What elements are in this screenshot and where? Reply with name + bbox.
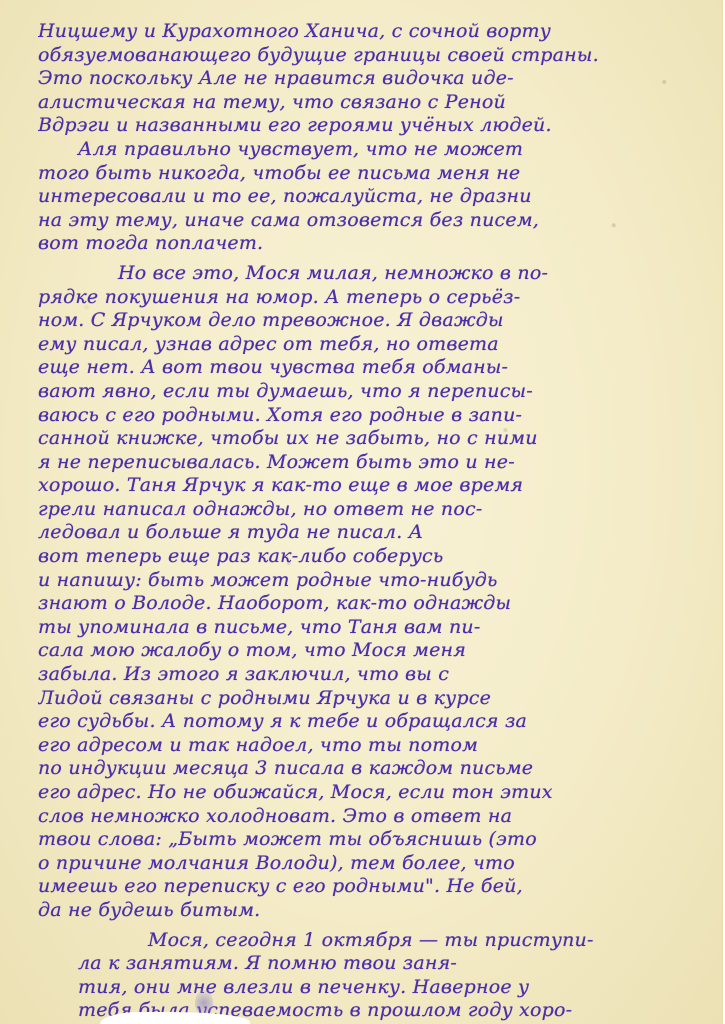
text-line: знают о Володе. Наоборот, как-то однажды — [38, 592, 688, 616]
text-line: его адрес. Но не обижайся, Мося, если то… — [38, 781, 688, 805]
text-line: Вдрэги и названными его героями учёных л… — [38, 114, 688, 138]
paragraph-start-line: Аля правильно чувствует, что не может — [38, 138, 688, 162]
text-line: забыла. Из этого я заключил, что вы с — [38, 663, 688, 687]
text-line: того быть никогда, чтобы ее письма меня … — [38, 162, 688, 186]
text-line: да не будешь битым. — [38, 899, 688, 923]
text-line: и напишу: быть может родные что-нибудь — [38, 569, 688, 593]
text-line: ему писал, узнав адрес от тебя, но ответ… — [38, 333, 688, 357]
text-line: на эту тему, иначе сама отзовется без пи… — [38, 209, 688, 233]
text-line: ном. С Ярчуком дело тревожное. Я дважды — [38, 309, 688, 333]
text-line: о причине молчания Володи), тем более, ч… — [38, 852, 688, 876]
text-line: вот тогда поплачет. — [38, 232, 688, 256]
text-line: вот теперь еще раз как-либо соберусь — [38, 545, 688, 569]
text-line: слов немножко холодноват. Это в ответ на — [38, 805, 688, 829]
text-line: хорошо. Таня Ярчук я как-то еще в мое вр… — [38, 474, 688, 498]
text-line: твои слова: „Быть может ты объяснишь (эт… — [38, 828, 688, 852]
text-line: интересовали и то ее, пожалуйста, не дра… — [38, 185, 688, 209]
text-line: Лидой связаны с родными Ярчука и в курсе — [38, 687, 688, 711]
paragraph-start-line: Но все это, Мося милая, немножко в по- — [38, 262, 688, 286]
text-line: тия, они мне влезли в печенку. Наверное … — [38, 976, 688, 1000]
text-line: обязуемованающего будущие границы своей … — [38, 44, 688, 68]
text-line: грели написал однажды, но ответ не пос- — [38, 498, 688, 522]
text-line: имеешь его переписку с его родными". Не … — [38, 875, 688, 899]
paragraph-start-line: Мося, сегодня 1 октября — ты приступи- — [38, 929, 688, 953]
text-line: рядке покушения на юмор. А теперь о серь… — [38, 286, 688, 310]
text-line: я не переписывалась. Может быть это и не… — [38, 451, 688, 475]
text-line: ла к занятиям. Я помню твои заня- — [38, 952, 688, 976]
text-line: санной книжке, чтобы их не забыть, но с … — [38, 427, 688, 451]
text-line: по индукции месяца 3 писала в каждом пис… — [38, 757, 688, 781]
text-line: Это поскольку Але не нравится видочка ид… — [38, 67, 688, 91]
text-line: ты упоминала в письме, что Таня вам пи- — [38, 616, 688, 640]
text-line: ваюсь с его родными. Хотя его родные в з… — [38, 404, 688, 428]
text-line: еще нет. А вот твои чувства тебя обманы- — [38, 356, 688, 380]
text-line: алистическая на тему, что связано с Рено… — [38, 91, 688, 115]
text-line: его судьбы. А потому я к тебе и обращалс… — [38, 710, 688, 734]
handwritten-text: Ницшему и Курахотного Ханича, с сочной в… — [38, 20, 688, 1023]
letter-page: Ницшему и Курахотного Ханича, с сочной в… — [0, 0, 723, 1024]
text-line: сала мою жалобу о том, что Мося меня — [38, 639, 688, 663]
text-line: его адресом и так надоел, что ты потом — [38, 734, 688, 758]
text-line: Ницшему и Курахотного Ханича, с сочной в… — [38, 20, 688, 44]
text-line: ледовал и больше я туда не писал. А — [38, 521, 688, 545]
text-line: вают явно, если ты думаешь, что я перепи… — [38, 380, 688, 404]
